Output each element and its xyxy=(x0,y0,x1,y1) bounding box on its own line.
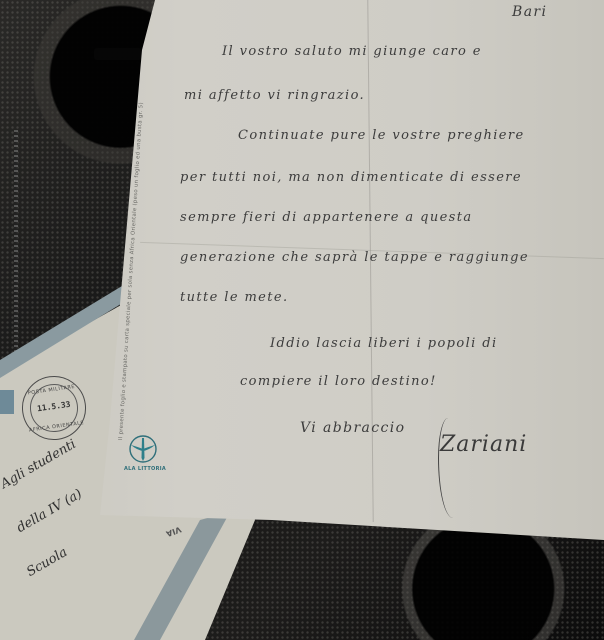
airmail-stripe xyxy=(0,390,14,414)
letter-line: per tutti noi, ma non dimenticate di ess… xyxy=(180,170,522,185)
letter-closing: Vi abbraccio xyxy=(300,420,406,436)
letter-line: Il vostro saluto mi giunge caro e xyxy=(222,44,482,59)
postmark-date: 11.5.33 xyxy=(22,398,85,416)
postmark-top-text: POSTA MILITARE xyxy=(20,383,82,398)
letter-line: tutte le mete. xyxy=(180,290,289,305)
letter-line: compiere il loro destino! xyxy=(240,374,437,389)
letter-place: Bari xyxy=(512,4,547,20)
letter-line: Continuate pure le vostre preghiere xyxy=(238,128,525,143)
signature: Zariani xyxy=(440,432,527,457)
letter-line: mi affetto vi ringrazio. xyxy=(184,88,365,103)
letter-line: generazione che saprà le tappe e raggiun… xyxy=(180,250,529,265)
letter-line: Iddio lascia liberi i popoli di xyxy=(270,336,498,351)
ala-littoria-logo-icon xyxy=(128,434,158,464)
logo-label: ALA LITTORIA xyxy=(124,466,166,472)
letter-line: sempre fieri di appartenere a questa xyxy=(180,210,473,225)
